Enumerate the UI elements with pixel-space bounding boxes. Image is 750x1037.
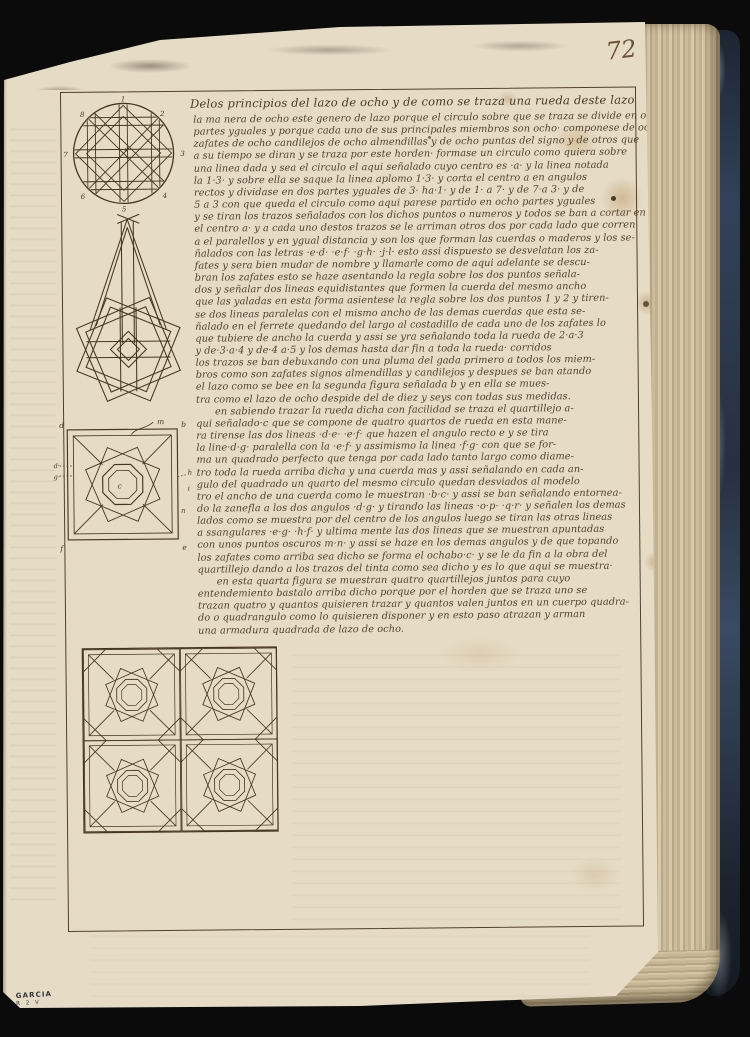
photograph-of-manuscript: 72 Delos principios del lazo de ocho y d…	[0, 0, 750, 1037]
manuscript-page: 72 Delos principios del lazo de ocho y d…	[0, 0, 668, 1016]
wheel-label: 6	[81, 193, 86, 201]
quartillejo-label-n: n	[181, 507, 186, 515]
written-content: Delos principios del lazo de ocho y de c…	[0, 0, 677, 1017]
wheel-label: 1	[121, 95, 126, 103]
quartillejo-label-d-left: d·	[54, 462, 60, 470]
wheel-center-label: a	[124, 145, 128, 153]
quartillejo-corner-e: e	[182, 543, 187, 552]
wheel-label: 4	[162, 192, 168, 200]
wheel-label: 7	[63, 151, 68, 159]
wheel-label: 8	[80, 111, 85, 119]
figure-quartillejo: m d b f e h i n d· g· c	[53, 417, 196, 556]
quartillejo-label-i: i	[188, 485, 190, 493]
quartillejo-corner-f: f	[59, 544, 64, 553]
quartillejo-center-c: c	[118, 481, 123, 490]
figure-knotted-star	[55, 211, 203, 412]
wheel-label: 3	[180, 150, 185, 158]
body-text: la ma nera de ocho este genero de lazo p…	[193, 110, 640, 637]
library-stamp: GARCIA R 2 V	[16, 990, 53, 1008]
quartillejo-label-h: h	[188, 469, 193, 477]
figure-wheel-of-eight-lace: 1 2 3 4 5 6 7 8 a	[60, 95, 189, 214]
quartillejo-label-g-left: g·	[54, 473, 60, 481]
quartillejo-corner-b: b	[181, 420, 186, 429]
wheel-label: 2	[159, 110, 165, 118]
quartillejo-corner-d: d	[59, 421, 64, 430]
figure-armadura-quadrada	[77, 642, 285, 838]
quartillejo-label-m: m	[157, 417, 164, 426]
